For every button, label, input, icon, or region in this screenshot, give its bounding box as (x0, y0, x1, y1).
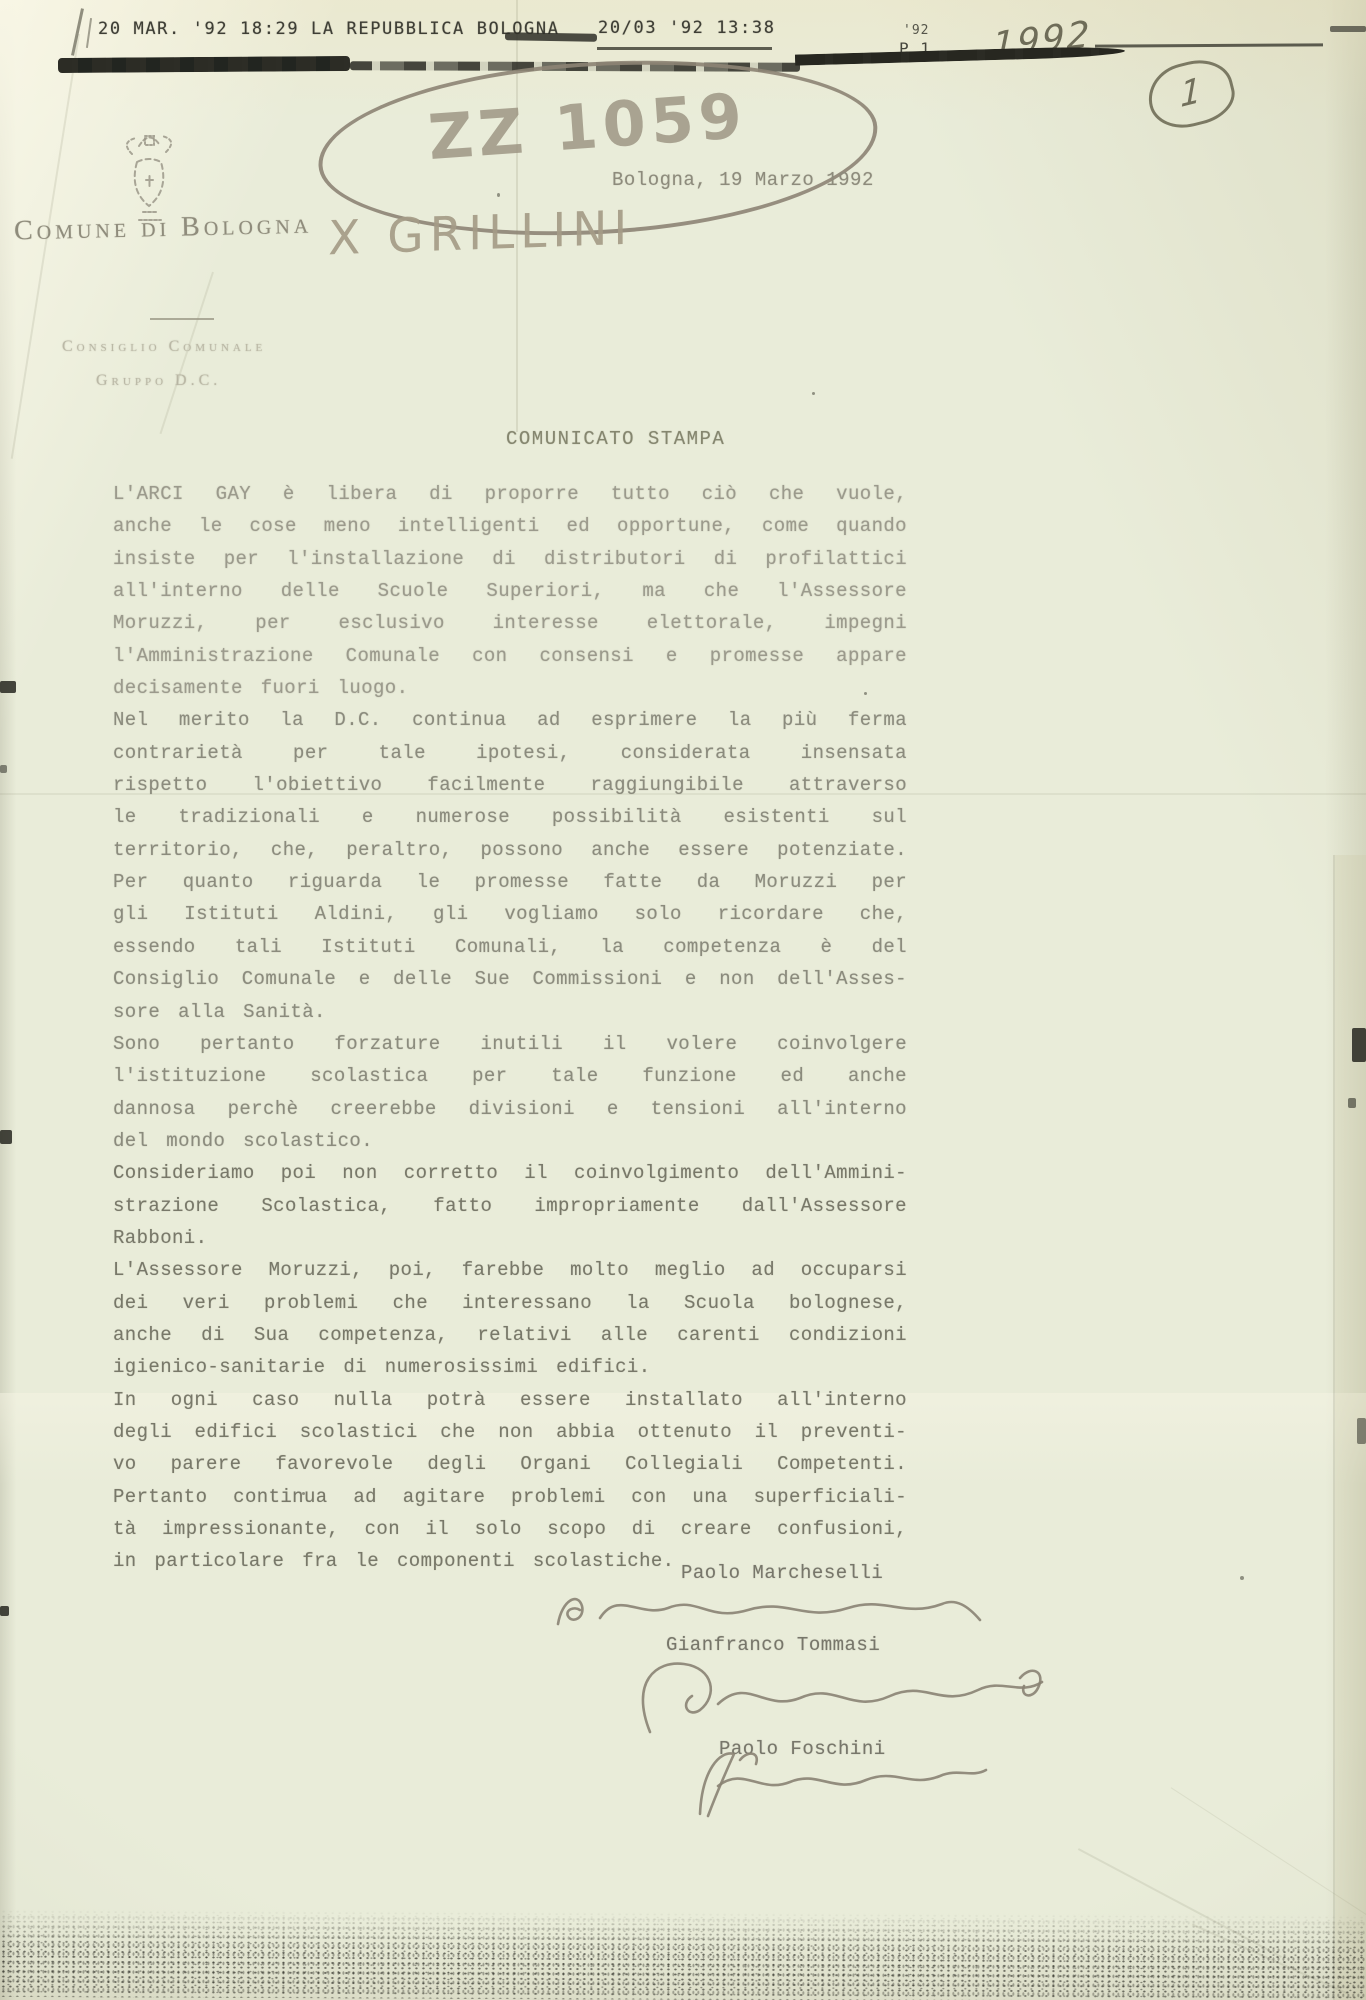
edge-artifact (1348, 1098, 1356, 1108)
body-line: l'istituzione scolastica per tale funzio… (113, 1060, 907, 1092)
body-line: anche le cose meno intelligenti ed oppor… (113, 510, 907, 542)
body-line: L'ARCI GAY è libera di proporre tutto ci… (113, 478, 907, 510)
body-line: vo parere favorevole degli Organi Colleg… (113, 1448, 907, 1480)
body-line: del mondo scolastico. (113, 1125, 907, 1157)
body-text: L'ARCI GAY è libera di proporre tutto ci… (113, 478, 907, 1578)
body-line: Pertanto continua ad agitare problemi co… (113, 1481, 907, 1513)
fax-header-page-year: '92 (903, 24, 929, 38)
letterhead-divider (150, 318, 214, 320)
body-line: tà impressionante, con il solo scopo di … (113, 1513, 907, 1545)
fax-streak (795, 45, 1125, 65)
letterhead-organization: Comune di Bologna (14, 209, 313, 248)
body-line: dei veri problemi che interessano la Scu… (113, 1287, 907, 1319)
edge-artifact (1330, 26, 1366, 32)
edge-artifact (1357, 1418, 1366, 1444)
paper-speck (864, 692, 867, 695)
body-line: gli Istituti Aldini, gli vogliamo solo r… (113, 898, 907, 930)
body-line: essendo tali Istituti Comunali, la compe… (113, 931, 907, 963)
body-line: sore alla Sanità. (113, 996, 907, 1028)
body-line: Sono pertanto forzature inutili il voler… (113, 1028, 907, 1060)
fax-streak (1095, 43, 1323, 47)
body-line: L'Assessore Moruzzi, poi, farebbe molto … (113, 1254, 907, 1286)
body-line: le tradizionali e numerose possibilità e… (113, 801, 907, 833)
body-line: all'interno delle Scuole Superiori, ma c… (113, 575, 907, 607)
signature-scribble-tommasi (622, 1652, 1052, 1744)
body-line: Rabboni. (113, 1222, 907, 1254)
document-title: COMUNICATO STAMPA (506, 428, 725, 451)
body-line: Nel merito la D.C. continua ad esprimere… (113, 704, 907, 736)
body-line: dannosa perchè creerebbe divisioni e ten… (113, 1093, 907, 1125)
circled-number-value: 1 (1152, 54, 1230, 131)
dateline: Bologna, 19 Marzo 1992 (612, 169, 874, 192)
fax-header-timestamp: 20/03 '92 13:38 (598, 19, 776, 38)
edge-artifact (0, 681, 16, 693)
body-line: territorio, che, peraltro, possono anche… (113, 834, 907, 866)
fax-noise-band (0, 1909, 1366, 2000)
paper-speck (1240, 1576, 1244, 1580)
handwritten-recipient-note: X GRILLINI (328, 201, 633, 267)
paper-speck (497, 193, 500, 197)
fax-streak (597, 47, 772, 50)
body-line: Per quanto riguarda le promesse fatte da… (113, 866, 907, 898)
edge-artifact (1352, 1028, 1366, 1062)
fax-document-page: 20 MAR. '92 18:29 LA REPUBBLICA BOLOGNA … (0, 0, 1366, 2000)
body-line: Moruzzi, per esclusivo interesse elettor… (113, 607, 907, 639)
body-line: decisamente fuori luogo. (113, 672, 907, 704)
fax-streak (58, 56, 350, 73)
fax-header-left: 20 MAR. '92 18:29 LA REPUBBLICA BOLOGNA (98, 20, 560, 39)
body-line: igienico-sanitarie di numerosissimi edif… (113, 1351, 907, 1383)
circled-number: 1 (1142, 53, 1241, 136)
edge-artifact (0, 765, 7, 773)
edge-artifact (0, 1130, 12, 1144)
paper-speck (302, 1492, 305, 1495)
body-line: strazione Scolastica, fatto impropriamen… (113, 1190, 907, 1222)
torn-edge-mark (86, 18, 92, 48)
body-line: Consideriamo poi non corretto il coinvol… (113, 1157, 907, 1189)
body-line: degli edifici scolastici che non abbia o… (113, 1416, 907, 1448)
body-line: insiste per l'installazione di distribut… (113, 543, 907, 575)
body-line: anche di Sua competenza, relativi alle c… (113, 1319, 907, 1351)
paper-speck (812, 392, 815, 395)
signature-scribble-foschini (648, 1742, 993, 1820)
letterhead-subline-1: Consiglio Comunale (62, 338, 266, 356)
body-line: Consiglio Comunale e delle Sue Commissio… (113, 963, 907, 995)
body-line: rispetto l'obiettivo facilmente raggiung… (113, 769, 907, 801)
body-line: contrarietà per tale ipotesi, considerat… (113, 737, 907, 769)
body-line: l'Amministrazione Comunale con consensi … (113, 640, 907, 672)
fax-streak (505, 32, 597, 42)
body-line: In ogni caso nulla potrà essere installa… (113, 1384, 907, 1416)
edge-artifact (0, 1606, 9, 1616)
letterhead-subline-2: Gruppo D.C. (96, 372, 221, 390)
